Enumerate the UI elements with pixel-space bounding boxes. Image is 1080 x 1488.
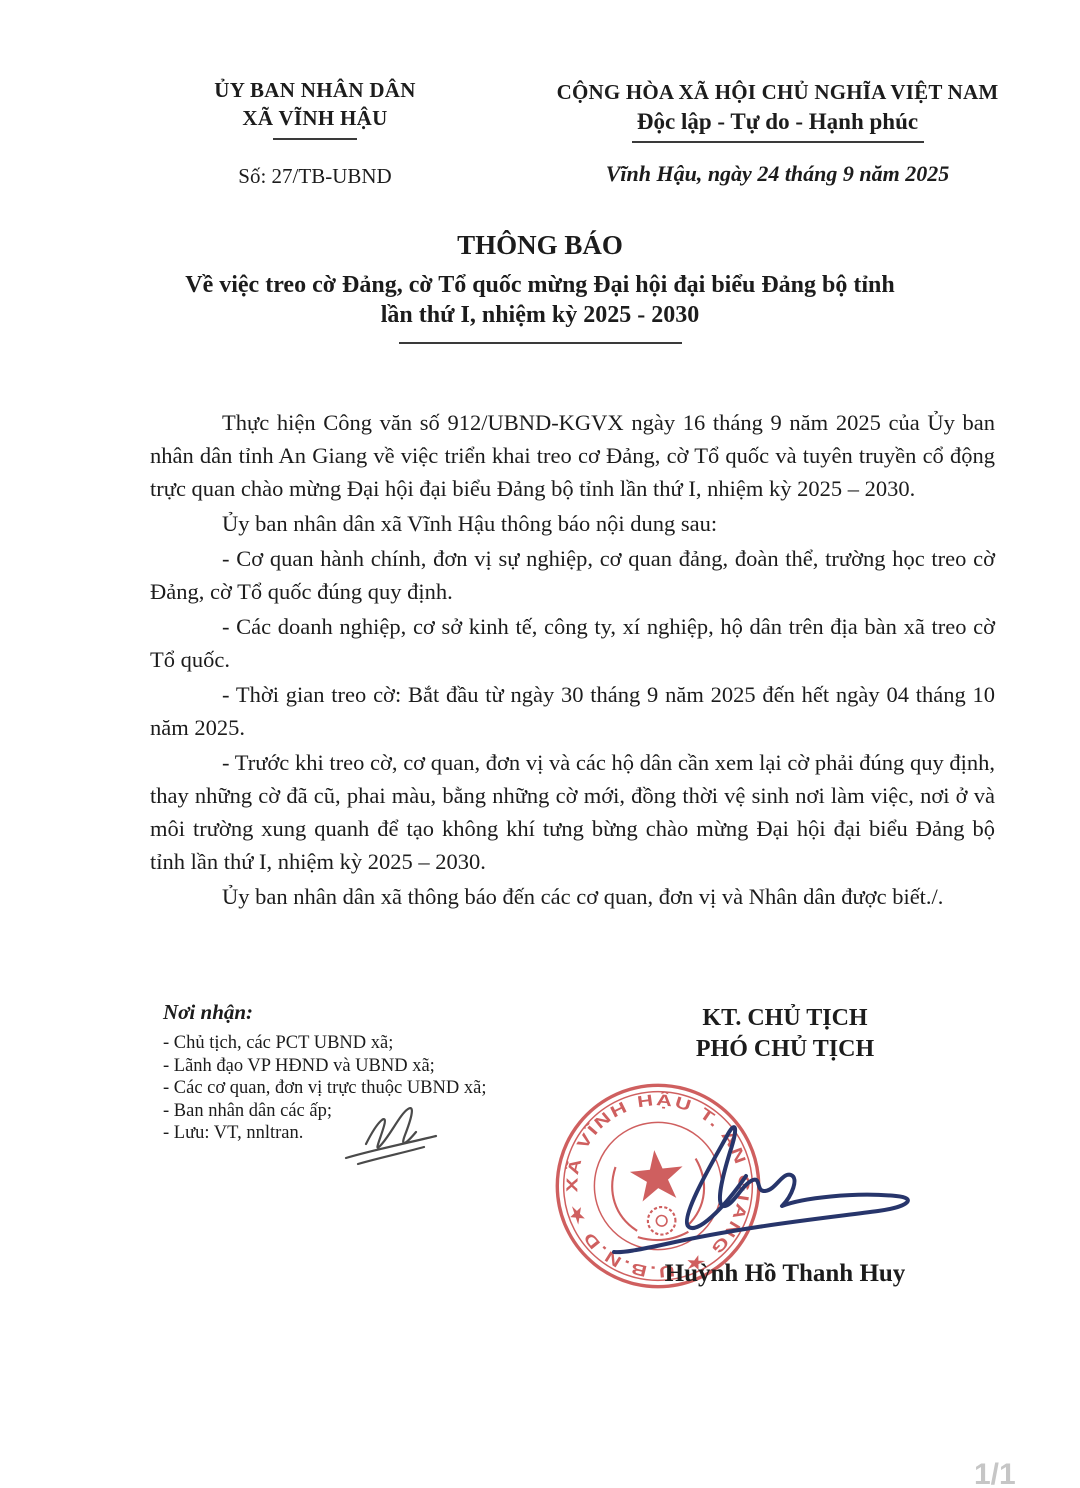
issuing-authority-line2: XÃ VĨNH HẬU [170,106,460,131]
title-underline [399,342,682,344]
document-subject-line1: Về việc treo cờ Đảng, cờ Tổ quốc mừng Đạ… [100,270,980,300]
recipient-item: - Lãnh đạo VP HĐND và UBND xã; [163,1055,583,1078]
national-motto: Độc lập - Tự do - Hạnh phúc [525,109,1030,135]
document-type-heading: THÔNG BÁO [100,230,980,261]
document-page: ỦY BAN NHÂN DÂN XÃ VĨNH HẬU Số: 27/TB-UB… [0,0,1080,1488]
body-paragraph: - Các doanh nghiệp, cơ sở kinh tế, công … [150,610,995,676]
clerk-initials-signature [328,1100,458,1170]
place-date-line: Vĩnh Hậu, ngày 24 tháng 9 năm 2025 [525,161,1030,187]
document-subject: Về việc treo cờ Đảng, cờ Tổ quốc mừng Đạ… [100,270,980,330]
recipient-item: - Các cơ quan, đơn vị trực thuộc UBND xã… [163,1077,583,1100]
national-motto-block: CỘNG HÒA XÃ HỘI CHỦ NGHĨA VIỆT NAM Độc l… [525,80,1030,187]
signature-title-line1: KT. CHỦ TỊCH [565,1003,1005,1034]
issuing-authority-underline [273,138,357,140]
handwritten-signature [596,1112,936,1262]
document-body: Thực hiện Công văn số 912/UBND-KGVX ngày… [150,406,995,915]
signer-name: Huỳnh Hồ Thanh Huy [565,1260,1005,1288]
signature-title-line2: PHÓ CHỦ TỊCH [565,1034,1005,1065]
body-paragraph: - Trước khi treo cờ, cơ quan, đơn vị và … [150,746,995,878]
document-number: Số: 27/TB-UBND [170,164,460,189]
document-subject-line2: lần thứ I, nhiệm kỳ 2025 - 2030 [100,300,980,330]
signature-title-block: KT. CHỦ TỊCH PHÓ CHỦ TỊCH [565,1003,1005,1065]
recipient-item: - Chủ tịch, các PCT UBND xã; [163,1032,583,1055]
body-paragraph: - Thời gian treo cờ: Bắt đầu từ ngày 30 … [150,678,995,744]
recipients-label: Nơi nhận: [163,1000,583,1025]
national-title: CỘNG HÒA XÃ HỘI CHỦ NGHĨA VIỆT NAM [525,80,1030,105]
body-paragraph: - Cơ quan hành chính, đơn vị sự nghiệp, … [150,542,995,608]
issuing-authority-block: ỦY BAN NHÂN DÂN XÃ VĨNH HẬU Số: 27/TB-UB… [170,78,460,189]
issuing-authority-line1: ỦY BAN NHÂN DÂN [170,78,460,103]
body-paragraph: Thực hiện Công văn số 912/UBND-KGVX ngày… [150,406,995,505]
national-motto-underline [632,141,924,143]
body-paragraph: Ủy ban nhân dân xã thông báo đến các cơ … [150,880,995,913]
page-indicator: 1/1 [974,1458,1016,1488]
body-paragraph: Ủy ban nhân dân xã Vĩnh Hậu thông báo nộ… [150,507,995,540]
document-title-block: THÔNG BÁO Về việc treo cờ Đảng, cờ Tổ qu… [100,230,980,344]
